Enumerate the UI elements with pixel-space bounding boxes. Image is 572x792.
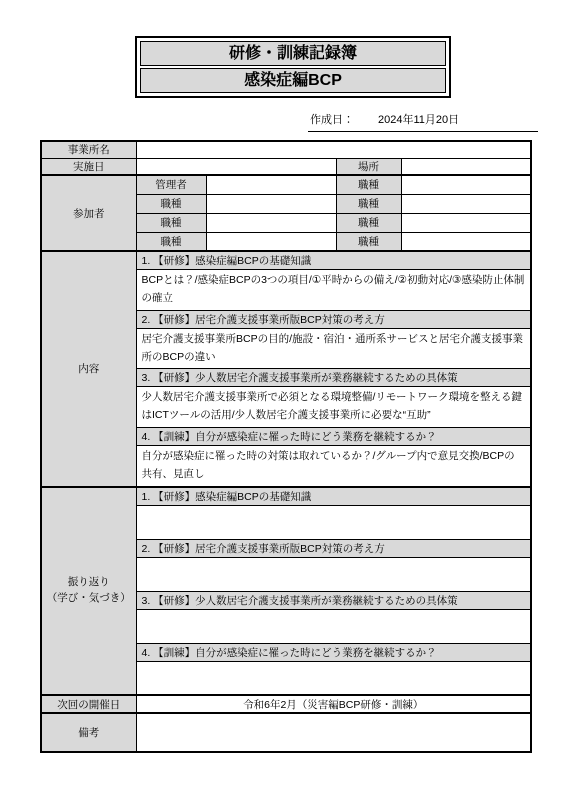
participant-name-cell [206,232,336,251]
participant-name-cell [401,213,531,232]
title-box: 研修・訓練記録簿 感染症編BCP [135,36,451,98]
remarks-row: 備考 [41,713,531,752]
created-date-value: 2024年11月20日 [378,114,459,126]
reflection-item-body [136,609,531,643]
place-label: 場所 [336,158,401,175]
content-item-heading: 3. 【研修】少人数居宅介護支援事業所が業務継続するための具体策 [136,369,531,387]
remarks-value-cell [136,713,531,752]
reflection-item-body [136,505,531,539]
reflection-item-heading: 3. 【研修】少人数居宅介護支援事業所が業務継続するための具体策 [136,591,531,609]
participant-name-cell [206,194,336,213]
reflection-item-body [136,557,531,591]
created-date-label: 作成日： [310,114,354,126]
participant-role-label: 職種 [336,175,401,194]
participant-role-label: 職種 [136,194,206,213]
content-section-row: 内容 1. 【研修】感染症編BCPの基礎知識 [41,251,531,270]
content-label: 内容 [41,251,136,487]
reflection-item-heading: 2. 【研修】居宅介護支援事業所版BCP対策の考え方 [136,539,531,557]
content-item-body: 少人数居宅介護支援事業所で必須となる環境整備/リモートワーク環境を整える鍵はIC… [136,387,531,428]
participant-name-cell [401,232,531,251]
participant-role-label: 職種 [136,232,206,251]
participant-role-label: 職種 [336,232,401,251]
date-value-cell [136,158,336,175]
participant-name-cell [206,213,336,232]
created-date-line: 作成日：2024年11月20日 [308,108,538,132]
document-subtitle: 感染症編BCP [140,68,446,93]
participants-label: 参加者 [41,175,136,251]
content-item-heading: 4. 【訓練】自分が感染症に罹った時にどう業務を継続するか？ [136,428,531,446]
participant-name-cell [206,175,336,194]
office-label: 事業所名 [41,141,136,158]
content-item-heading: 2. 【研修】居宅介護支援事業所版BCP対策の考え方 [136,310,531,328]
office-value-cell [136,141,531,158]
reflection-item-body [136,661,531,695]
document-page: 研修・訓練記録簿 感染症編BCP 作成日：2024年11月20日 事業所名 実施… [0,0,572,792]
document-title: 研修・訓練記録簿 [140,41,446,66]
content-item-body: 自分が感染症に罹った時の対策は取れているか？/グループ内で意見交換/BCPの共有… [136,446,531,487]
participant-name-cell [401,194,531,213]
reflection-label-line1: 振り返り [68,576,110,588]
date-label: 実施日 [41,158,136,175]
participant-role-label: 管理者 [136,175,206,194]
date-place-row: 実施日 場所 [41,158,531,175]
office-row: 事業所名 [41,141,531,158]
next-date-row: 次回の開催日 令和6年2月（災害編BCP研修・訓練） [41,695,531,713]
reflection-section-row: 振り返り （学び・気づき） 1. 【研修】感染症編BCPの基礎知識 [41,487,531,506]
participant-role-label: 職種 [336,194,401,213]
participant-name-cell [401,175,531,194]
participants-row: 参加者 管理者 職種 [41,175,531,194]
content-item-body: 居宅介護支援事業所BCPの目的/施設・宿泊・通所系サービスと居宅介護支援事業所の… [136,328,531,369]
remarks-label: 備考 [41,713,136,752]
next-date-value: 令和6年2月（災害編BCP研修・訓練） [136,695,531,713]
record-form-table: 事業所名 実施日 場所 参加者 管理者 職種 職種 職種 [40,140,532,753]
reflection-label: 振り返り （学び・気づき） [41,487,136,696]
reflection-item-heading: 1. 【研修】感染症編BCPの基礎知識 [136,487,531,506]
next-date-label: 次回の開催日 [41,695,136,713]
content-item-heading: 1. 【研修】感染症編BCPの基礎知識 [136,251,531,270]
participant-role-label: 職種 [136,213,206,232]
reflection-label-line2: （学び・気づき） [47,592,131,604]
reflection-item-heading: 4. 【訓練】自分が感染症に罹った時にどう業務を継続するか？ [136,643,531,661]
content-item-body: BCPとは？/感染症BCPの3つの項目/①平時からの備え/②初動対応/③感染防止… [136,270,531,311]
place-value-cell [401,158,531,175]
participant-role-label: 職種 [336,213,401,232]
